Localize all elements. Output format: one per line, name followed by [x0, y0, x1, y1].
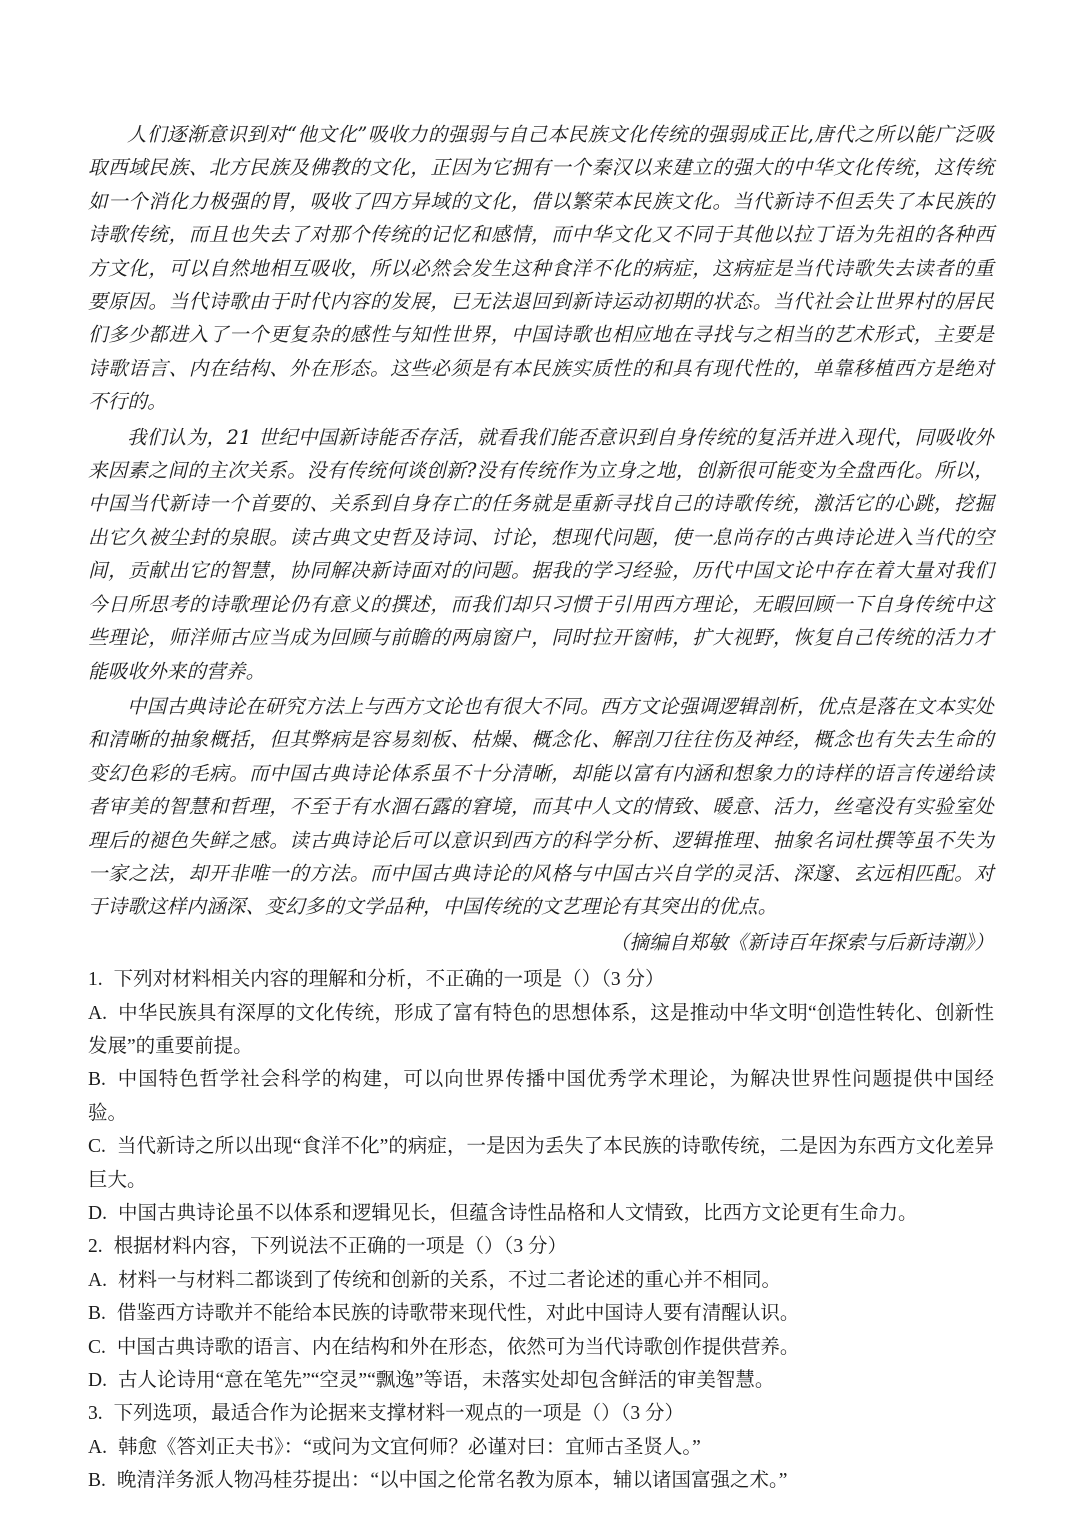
question-3-option-a-text: 韩愈《答刘正夫书》：“或问为文宜何师？必谨对曰：宜师古圣贤人。”	[118, 1437, 701, 1458]
question-3-option-a-label: A.	[88, 1437, 107, 1458]
question-2-option-c-label: C.	[88, 1337, 106, 1358]
question-2-option-b: B.借鉴西方诗歌并不能给本民族的诗歌带来现代性，对此中国诗人要有清醒认识。	[88, 1297, 994, 1330]
question-3-option-a: A.韩愈《答刘正夫书》：“或问为文宜何师？必谨对曰：宜师古圣贤人。”	[88, 1431, 994, 1464]
question-2-option-d-label: D.	[88, 1370, 107, 1391]
question-2-stem-text: 根据材料内容，下列说法不正确的一项是（）（3 分）	[114, 1236, 567, 1257]
question-1-option-a: A.中华民族具有深厚的文化传统，形成了富有特色的思想体系，这是推动中华文明“创造…	[88, 997, 994, 1064]
question-3-option-b-label: B.	[88, 1470, 106, 1491]
question-1-option-c-text: 当代新诗之所以出现“食洋不化”的病症，一是因为丢失了本民族的诗歌传统，二是因为东…	[88, 1136, 994, 1190]
question-1-option-a-text: 中华民族具有深厚的文化传统，形成了富有特色的思想体系，这是推动中华文明“创造性转…	[88, 1003, 994, 1057]
question-1-option-c: C.当代新诗之所以出现“食洋不化”的病症，一是因为丢失了本民族的诗歌传统，二是因…	[88, 1130, 994, 1197]
material-paragraph-2: 我们认为，21 世纪中国新诗能否存活，就看我们能否意识到自身传统的复活并进入现代…	[88, 421, 994, 688]
material-paragraph-1: 人们逐渐意识到对“他文化”吸收力的强弱与自己本民族文化传统的强弱成正比,唐代之所…	[88, 118, 994, 419]
question-1-option-b-label: B.	[88, 1069, 106, 1090]
question-1-stem-text: 下列对材料相关内容的理解和分析，不正确的一项是（）（3 分）	[114, 969, 665, 990]
question-2-option-a-text: 材料一与材料二都谈到了传统和创新的关系，不过二者论述的重心并不相同。	[118, 1270, 781, 1291]
question-3-stem-text: 下列选项，最适合作为论据来支撑材料一观点的一项是（）（3 分）	[114, 1403, 684, 1424]
question-2-option-d-text: 古人论诗用“意在笔先”“空灵”“飘逸”等语，未落实处却包含鲜活的审美智慧。	[118, 1370, 774, 1391]
exam-page: 人们逐渐意识到对“他文化”吸收力的强弱与自己本民族文化传统的强弱成正比,唐代之所…	[0, 0, 1080, 1527]
question-2-option-a-label: A.	[88, 1270, 107, 1291]
question-1-option-d: D.中国古典诗论虽不以体系和逻辑见长，但蕴含诗性品格和人文情致，比西方文论更有生…	[88, 1197, 994, 1230]
question-2-option-b-label: B.	[88, 1303, 106, 1324]
question-1-stem: 1.下列对材料相关内容的理解和分析，不正确的一项是（）（3 分）	[88, 963, 994, 996]
reading-material-section: 人们逐渐意识到对“他文化”吸收力的强弱与自己本民族文化传统的强弱成正比,唐代之所…	[88, 118, 994, 959]
question-1-number: 1.	[88, 969, 103, 990]
question-1-option-b-text: 中国特色哲学社会科学的构建，可以向世界传播中国优秀学术理论，为解决世界性问题提供…	[88, 1069, 994, 1123]
question-1-option-b: B.中国特色哲学社会科学的构建，可以向世界传播中国优秀学术理论，为解决世界性问题…	[88, 1063, 994, 1130]
question-3-option-b-text: 晚清洋务派人物冯桂芬提出：“以中国之伦常名教为原本，辅以诸国富强之术。”	[117, 1470, 788, 1491]
question-3-number: 3.	[88, 1403, 103, 1424]
question-3-stem: 3.下列选项，最适合作为论据来支撑材料一观点的一项是（）（3 分）	[88, 1397, 994, 1430]
question-2-option-d: D.古人论诗用“意在笔先”“空灵”“飘逸”等语，未落实处却包含鲜活的审美智慧。	[88, 1364, 994, 1397]
question-2-number: 2.	[88, 1236, 103, 1257]
material-attribution: （摘编自郑敏《新诗百年探索与后新诗潮》）	[88, 926, 994, 959]
question-2-option-c: C.中国古典诗歌的语言、内在结构和外在形态，依然可为当代诗歌创作提供营养。	[88, 1331, 994, 1364]
questions-section: 1.下列对材料相关内容的理解和分析，不正确的一项是（）（3 分） A.中华民族具…	[88, 963, 994, 1498]
question-1-option-d-text: 中国古典诗论虽不以体系和逻辑见长，但蕴含诗性品格和人文情致，比西方文论更有生命力…	[118, 1203, 918, 1224]
question-1-option-c-label: C.	[88, 1136, 106, 1157]
question-2-option-c-text: 中国古典诗歌的语言、内在结构和外在形态，依然可为当代诗歌创作提供营养。	[117, 1337, 800, 1358]
question-2-option-b-text: 借鉴西方诗歌并不能给本民族的诗歌带来现代性，对此中国诗人要有清醒认识。	[117, 1303, 800, 1324]
question-2-option-a: A.材料一与材料二都谈到了传统和创新的关系，不过二者论述的重心并不相同。	[88, 1264, 994, 1297]
question-1-option-d-label: D.	[88, 1203, 107, 1224]
material-paragraph-3: 中国古典诗论在研究方法上与西方文论也有很大不同。西方文论强调逻辑剖析，优点是落在…	[88, 690, 994, 924]
question-2-stem: 2.根据材料内容，下列说法不正确的一项是（）（3 分）	[88, 1230, 994, 1263]
question-3-option-b: B.晚清洋务派人物冯桂芬提出：“以中国之伦常名教为原本，辅以诸国富强之术。”	[88, 1464, 994, 1497]
question-1-option-a-label: A.	[88, 1003, 107, 1024]
